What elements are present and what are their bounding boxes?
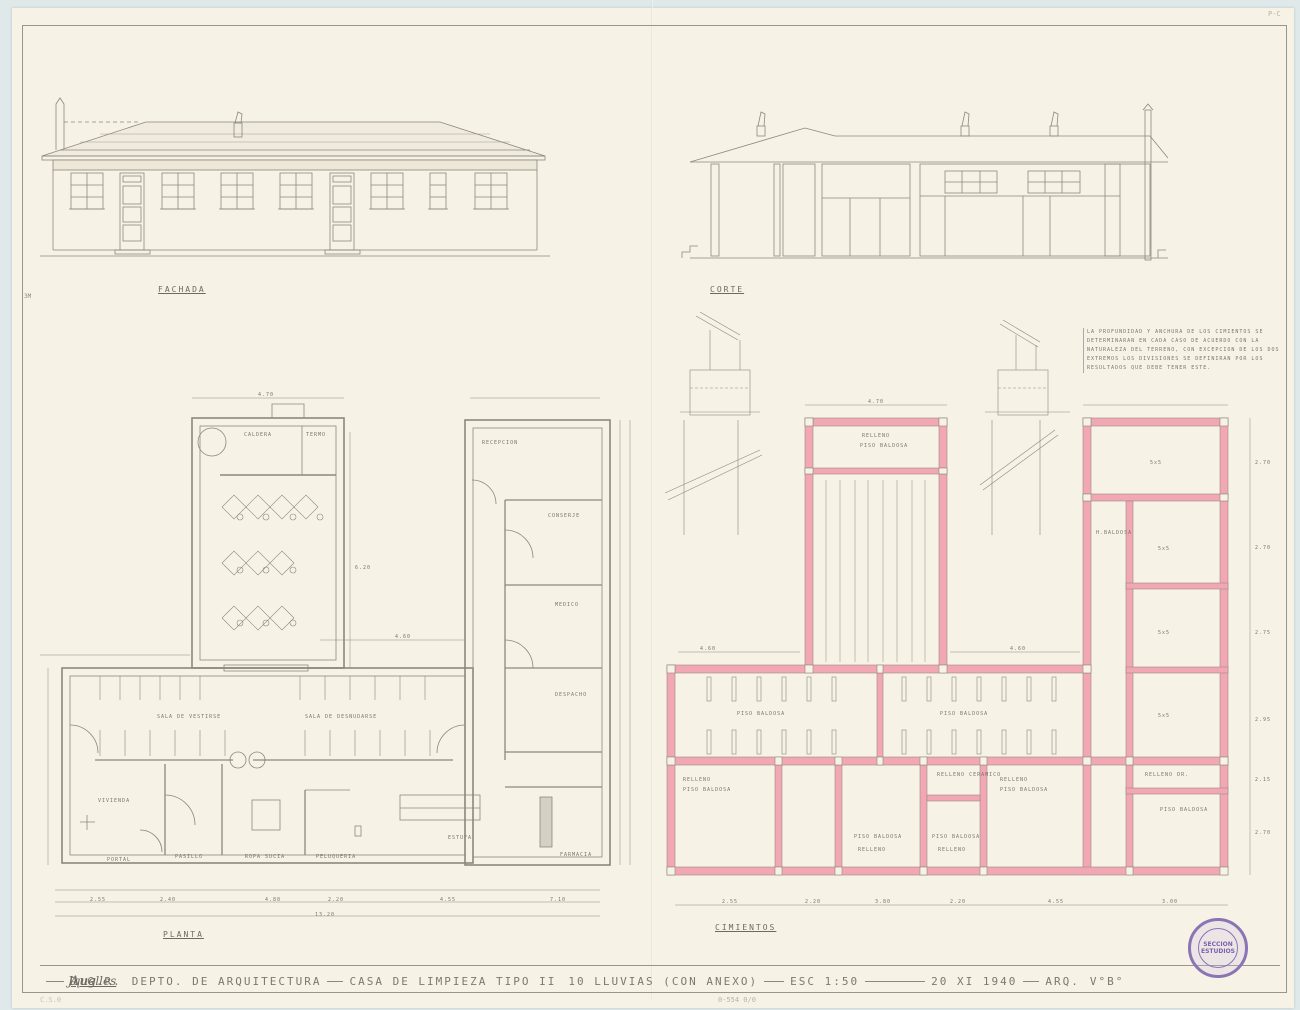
room-sala-desnudarse: SALA DE DESNUDARSE [305,714,377,720]
foundation-walls [667,418,1228,875]
room-medico: MEDICO [555,602,579,608]
found-relleno-b2: RELLENO [858,847,886,853]
dim-plan-s4: 2.20 [328,897,344,903]
found-gres-4: 5x5 [1150,460,1162,466]
floor-plan [40,398,630,916]
dim-found-r5: 2.15 [1255,777,1271,783]
title-dept: DEPTO. DE ARQUITECTURA [132,975,322,988]
foundation-note: LA PROFUNDIDAD Y ANCHURA DE LOS CIMIENTO… [1083,328,1282,373]
title-architect-label: ARQ. [1045,975,1080,988]
found-gres-2: 5x5 [1158,630,1170,636]
found-piso-bl: PISO BALDOSA [683,787,731,793]
section-view [682,104,1168,260]
rule [865,981,925,982]
section-label: CORTE [710,285,744,294]
found-piso-right: PISO BALDOSA [1160,807,1208,813]
dim-plan-total: 13.20 [315,912,335,918]
dim-plan-s6: 7.10 [550,897,566,903]
stamp-inner: SECCION ESTUDIOS [1198,928,1238,968]
dim-found-mid: 4.60 [1010,646,1026,652]
dim-found-r6: 2.70 [1255,830,1271,836]
found-relleno-dr: RELLENO DR. [1145,772,1189,778]
facade-label: FACHADA [158,285,206,294]
room-ropa-sucia: ROPA SUCIA [245,854,285,860]
found-relleno-top: RELLENO [862,433,890,439]
room-recepcion: RECEPCION [482,440,518,446]
found-relleno-b3: RELLENO [938,847,966,853]
facade-elevation [40,98,550,256]
dim-plan-s2: 2.40 [160,897,176,903]
title-block: D.G.R. DEPTO. DE ARQUITECTURA CASA DE LI… [40,970,1270,992]
approval-stamp: SECCION ESTUDIOS [1188,918,1248,978]
signature-approval: Aug [70,974,96,989]
dim-found-b3: 3.80 [875,899,891,905]
room-conserje: CONSERJE [548,513,580,519]
dim-found-r2: 2.70 [1255,545,1271,551]
rule [46,981,64,982]
found-relleno-mid: RELLENO [1000,777,1028,783]
found-relleno-bl: RELLENO [683,777,711,783]
reference-left: C.S.0 [40,996,61,1004]
title-block-top-rule [40,965,1280,966]
dim-plan-s1: 2.55 [90,897,106,903]
found-gres-3: 5x5 [1158,713,1170,719]
dim-plan-s5: 4.55 [440,897,456,903]
room-portal: PORTAL [107,857,131,863]
title-capacity: 10 LLUVIAS (CON ANEXO) [568,975,758,988]
dim-found-r1: 2.70 [1255,460,1271,466]
room-sala-vestirse: SALA DE VESTIRSE [157,714,221,720]
dim-plan-top: 4.70 [258,392,274,398]
title-approval: V°B° [1090,975,1125,988]
found-relleno-ceramico: RELLENO CERAMICO [937,772,1001,778]
room-caldera: CALDERA [244,432,272,438]
dim-found-b6: 3.00 [1162,899,1178,905]
rule [327,981,343,982]
title-date: 20 XI 1940 [931,975,1017,988]
dim-found-top: 4.70 [868,399,884,405]
plan-label: PLANTA [163,930,204,939]
title-block-bottom-rule [40,992,1280,993]
found-piso-b3: PISO BALDOSA [932,834,980,840]
found-piso-mid: PISO BALDOSA [940,711,988,717]
room-farmacia: FARMACIA [560,852,592,858]
dim-found-r4: 2.95 [1255,717,1271,723]
room-peluqueria: PELUQUERIA [316,854,356,860]
found-piso-left: PISO BALDOSA [737,711,785,717]
dim-plan-s3: 4.80 [265,897,281,903]
dim-found-r3: 2.75 [1255,630,1271,636]
dim-plan-mid: 4.60 [395,634,411,640]
stamp-line-1: SECCION [1203,941,1233,948]
room-despacho: DESPACHO [555,692,587,698]
rule [1023,981,1039,982]
room-termo: TERMO [306,432,326,438]
dim-found-b4: 2.20 [950,899,966,905]
found-piso-b2: PISO BALDOSA [854,834,902,840]
room-pasillo: PASILLO [175,854,203,860]
room-vivienda: VIVIENDA [98,798,130,804]
found-piso-top: PISO BALDOSA [860,443,908,449]
found-gres-1: 5x5 [1158,546,1170,552]
found-h-baldosa: H.BALDOSA [1096,530,1132,536]
foundations-label: CIMIENTOS [715,923,776,932]
dim-found-b1: 2.55 [722,899,738,905]
room-estufa: ESTUFA [448,835,472,841]
dim-plan-height: 6.20 [355,565,371,571]
dim-found-left: 4.60 [700,646,716,652]
dim-found-b2: 2.20 [805,899,821,905]
title-scale: ESC 1:50 [790,975,859,988]
reference-number: 0-554 0/0 [718,996,756,1004]
dim-found-b5: 4.55 [1048,899,1064,905]
stamp-line-2: ESTUDIOS [1201,948,1235,955]
title-project: CASA DE LIMPIEZA TIPO II [349,975,556,988]
rule [764,981,784,982]
found-piso-mid2: PISO BALDOSA [1000,787,1048,793]
